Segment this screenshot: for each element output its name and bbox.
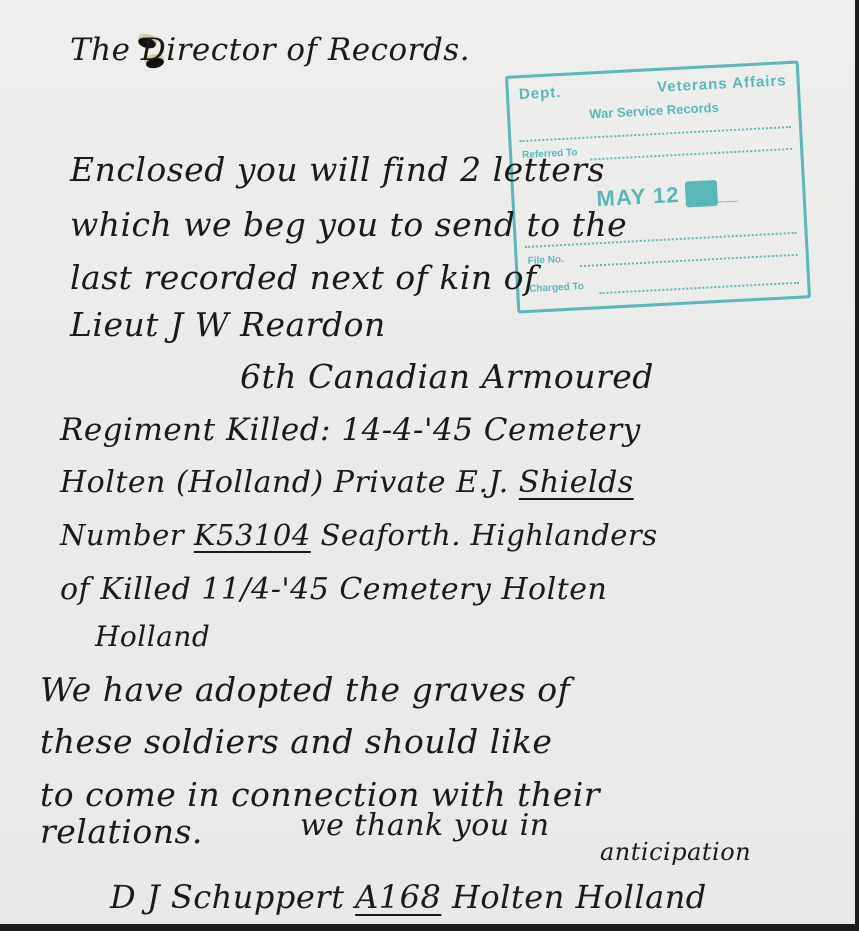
stamp-referred-line (590, 148, 792, 161)
body-line-7-text: Holten (Holland) Private E.J. (60, 465, 519, 500)
body-line-7: Holten (Holland) Private E.J. Shields (60, 465, 634, 500)
stamp-file-line (580, 254, 798, 267)
body-line-8-suffix: Seaforth. Highlanders (311, 518, 658, 552)
signature-line: D J Schuppert A168 Holten Holland (110, 878, 707, 916)
stamp-charged-line (599, 282, 799, 294)
body-line-9: of Killed 11/4-'45 Cemetery Holten (60, 572, 607, 607)
salutation: The Director of Records. (70, 32, 470, 68)
body-line-5: 6th Canadian Armoured (240, 357, 654, 396)
signature-name: D J Schuppert (110, 878, 344, 916)
stamp-dept-label: Dept. (519, 84, 562, 103)
stamp-divider (519, 126, 791, 142)
signature-place: Holten Holland (452, 878, 707, 916)
body-line-1: Enclosed you will find 2 letters (70, 150, 605, 189)
letter-page: Dept. Veterans Affairs War Service Recor… (0, 0, 855, 924)
body-line-10: Holland (95, 620, 210, 653)
body-line-8: Number K53104 Seaforth. Highlanders (60, 518, 658, 552)
stamp-date-year-smudged: 19__ (685, 180, 718, 208)
signature-number: A168 (355, 878, 441, 916)
body-line-8-prefix: Number (60, 518, 194, 552)
body-line-6: Regiment Killed: 14-4-'45 Cemetery (60, 412, 641, 448)
closing-anticipation: anticipation (600, 838, 751, 866)
stamp-charged-to-label: Charged To (529, 281, 584, 295)
body-line-12: these soldiers and should like (40, 722, 552, 761)
body-line-4: Lieut J W Reardon (70, 305, 386, 344)
body-line-11: We have adopted the graves of (40, 670, 570, 709)
underlined-name-shields: Shields (519, 465, 634, 500)
underlined-service-number: K53104 (194, 518, 311, 552)
stamp-veterans-affairs: Veterans Affairs (657, 72, 787, 96)
body-line-14: relations. (40, 812, 203, 851)
body-line-3: last recorded next of kin of (70, 258, 537, 297)
closing-line: we thank you in (300, 808, 550, 843)
body-line-2: which we beg you to send to the (70, 205, 627, 244)
